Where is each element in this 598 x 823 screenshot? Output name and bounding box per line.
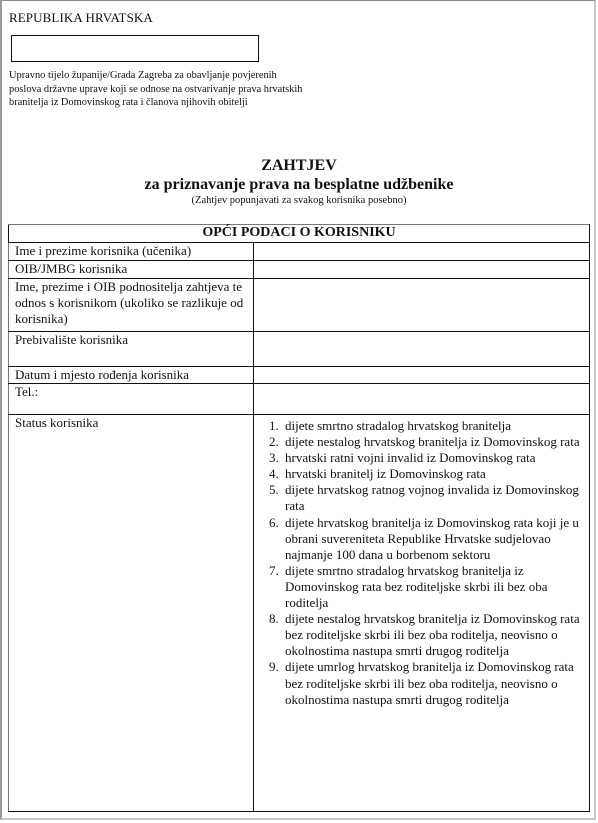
table-row: Datum i mjesto rođenja korisnika	[9, 367, 590, 384]
table-row: Status korisnika dijete smrtno stradalog…	[9, 415, 590, 812]
status-options-list: dijete smrtno stradalog hrvatskog branit…	[254, 418, 589, 708]
table-row: Prebivalište korisnika	[9, 332, 590, 367]
field-label-residence: Prebivalište korisnika	[9, 332, 254, 367]
birth-field[interactable]	[254, 367, 590, 384]
form-note: (Zahtjev popunjavati za svakog korisnika…	[0, 195, 598, 206]
field-label-status: Status korisnika	[9, 415, 254, 812]
field-label-birth: Datum i mjesto rođenja korisnika	[9, 367, 254, 384]
table-row: Tel.:	[9, 384, 590, 415]
section-title: OPĆI PODACI O KORISNIKU	[9, 225, 590, 243]
field-label-oib: OIB/JMBG korisnika	[9, 261, 254, 279]
status-option-8[interactable]: dijete nestalog hrvatskog branitelja iz …	[282, 611, 589, 659]
residence-field[interactable]	[254, 332, 590, 367]
table-row: Ime i prezime korisnika (učenika)	[9, 243, 590, 261]
status-option-6[interactable]: dijete hrvatskog branitelja iz Domovinsk…	[282, 515, 589, 563]
status-option-9[interactable]: dijete umrlog hrvatskog branitelja iz Do…	[282, 659, 589, 707]
status-option-1[interactable]: dijete smrtno stradalog hrvatskog branit…	[282, 418, 589, 434]
applicant-field[interactable]	[254, 279, 590, 332]
oib-field[interactable]	[254, 261, 590, 279]
field-label-phone: Tel.:	[9, 384, 254, 415]
status-option-4[interactable]: hrvatski branitelj iz Domovinskog rata	[282, 466, 589, 482]
status-option-5[interactable]: dijete hrvatskog ratnog vojnog invalida …	[282, 482, 589, 514]
field-label-applicant: Ime, prezime i OIB podnositelja zahtjeva…	[9, 279, 254, 332]
form-subtitle: za priznavanje prava na besplatne udžben…	[0, 176, 598, 194]
status-option-3[interactable]: hrvatski ratni vojni invalid iz Domovins…	[282, 450, 589, 466]
status-options-cell: dijete smrtno stradalog hrvatskog branit…	[254, 415, 590, 812]
form-title: ZAHTJEV	[0, 157, 598, 175]
status-option-2[interactable]: dijete nestalog hrvatskog branitelja iz …	[282, 434, 589, 450]
table-row: OIB/JMBG korisnika	[9, 261, 590, 279]
country-heading: REPUBLIKA HRVATSKA	[9, 10, 153, 26]
user-data-table: OPĆI PODACI O KORISNIKU Ime i prezime ko…	[8, 224, 590, 812]
office-name-field[interactable]	[11, 35, 259, 62]
office-description: Upravno tijelo županije/Grada Zagreba za…	[9, 69, 309, 110]
phone-field[interactable]	[254, 384, 590, 415]
user-name-field[interactable]	[254, 243, 590, 261]
table-row: Ime, prezime i OIB podnositelja zahtjeva…	[9, 279, 590, 332]
status-option-7[interactable]: dijete smrtno stradalog hrvatskog branit…	[282, 563, 589, 611]
field-label-user-name: Ime i prezime korisnika (učenika)	[9, 243, 254, 261]
